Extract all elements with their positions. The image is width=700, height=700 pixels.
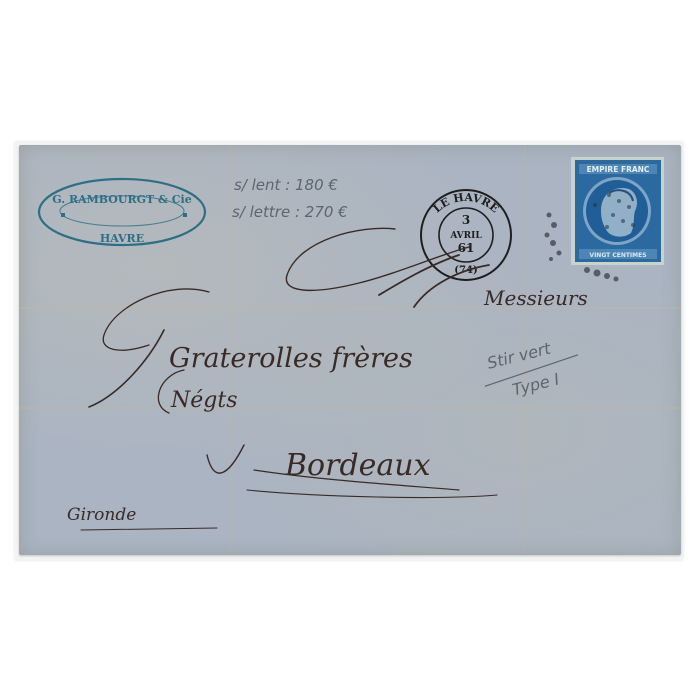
- address-name: Graterolles frères: [89, 289, 413, 407]
- title-text: Négts: [170, 388, 237, 413]
- pencil-note-line1: s/ lent : 180 €: [234, 176, 338, 194]
- stamp-top-text: EMPIRE FRANC: [587, 165, 650, 174]
- stamp-bottom-text: VINGT CENTIMES: [589, 252, 646, 259]
- address-region: Gironde: [67, 505, 217, 530]
- cachet-line1: G. RAMBOURGT & Cie: [52, 193, 191, 206]
- name-text: Graterolles frères: [169, 343, 413, 374]
- pencil-type-line1: Stir vert: [485, 338, 553, 372]
- address-title: Négts: [158, 370, 237, 413]
- postmark-month: AVRIL: [449, 231, 482, 241]
- pencil-note-type: Stir vert Type I: [477, 333, 584, 406]
- pencil-type-line2: Type I: [510, 369, 561, 399]
- salutation-text: Messieurs: [483, 286, 588, 310]
- postmark-day: 3: [462, 213, 470, 227]
- pencil-note-line2: s/ lettre : 270 €: [232, 203, 348, 221]
- postage-stamp: EMPIRE FRANC VINGT CENTIMES: [571, 157, 664, 265]
- city-text: Bordeaux: [284, 448, 431, 483]
- postmark: LE HAVRE 3 AVRIL 61 (74): [421, 190, 511, 280]
- region-text: Gironde: [67, 505, 136, 525]
- letter-cover: G. RAMBOURGT & Cie HAVRE s/ lent : 180 €…: [19, 145, 681, 555]
- cachet-line2: HAVRE: [100, 232, 144, 245]
- postmark-town: LE HAVRE: [431, 191, 502, 216]
- address-city: Bordeaux: [207, 445, 497, 497]
- sender-cachet: G. RAMBOURGT & Cie HAVRE: [39, 179, 205, 245]
- svg-text:LE HAVRE: LE HAVRE: [431, 191, 502, 216]
- cover-markings: G. RAMBOURGT & Cie HAVRE s/ lent : 180 €…: [19, 145, 681, 555]
